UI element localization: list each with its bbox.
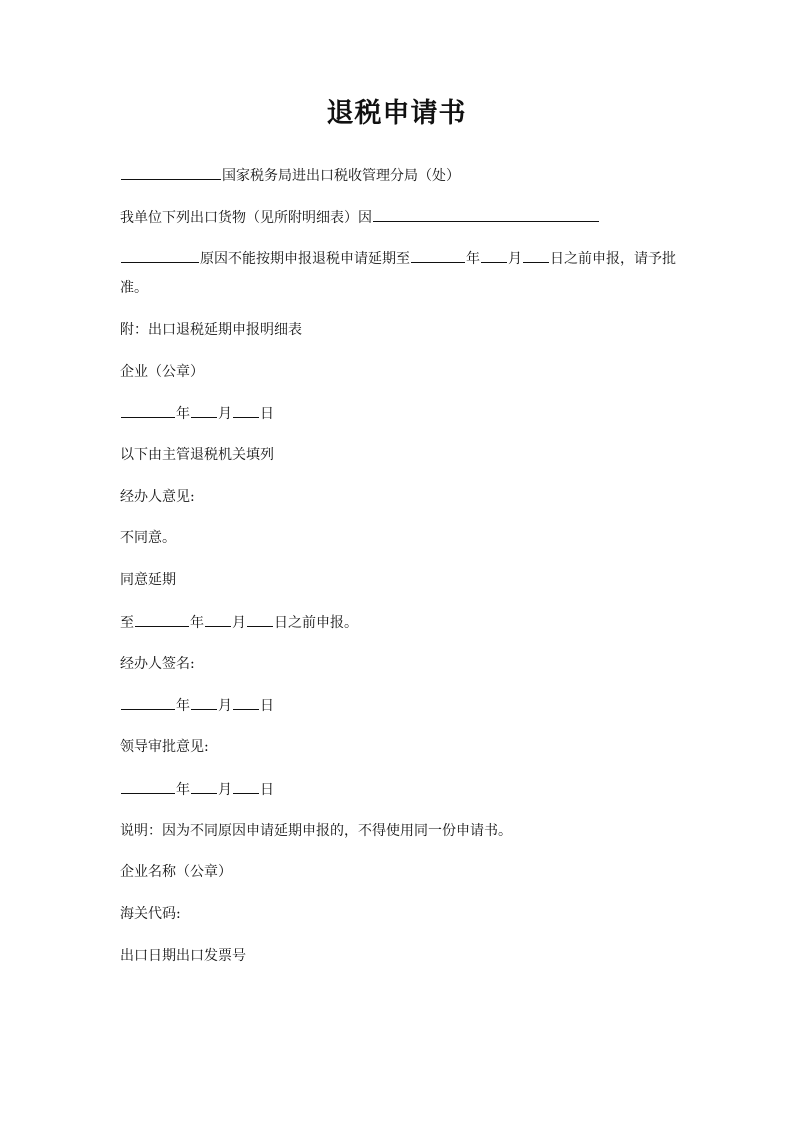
extension-deadline-line: 至年月日之前申报。: [120, 612, 358, 633]
note-text: 说明：因为不同原因申请延期申报的，不得使用同一份申请书。: [120, 821, 512, 841]
handler-day-blank[interactable]: [233, 695, 259, 710]
handler-month-blank[interactable]: [191, 695, 217, 710]
extension-year-blank[interactable]: [411, 248, 465, 263]
day-label: 日: [260, 782, 274, 798]
document-page: 退税申请书 国家税务局进出口税收管理分局（处） 我单位下列出口货物（见所附明细表…: [0, 0, 793, 1122]
handler-opinion-label: 经办人意见:: [120, 487, 195, 507]
deadline-day-blank[interactable]: [247, 612, 273, 627]
addressee-text: 国家税务局进出口税收管理分局（处）: [222, 168, 460, 184]
handler-year-blank[interactable]: [121, 695, 175, 710]
extension-request-paragraph: 原因不能按期申报退税申请延期至年月日之前申报，请予批准。: [120, 245, 680, 303]
agree-extension-option: 同意延期: [120, 570, 176, 590]
extension-month-blank[interactable]: [481, 248, 507, 263]
handler-date-line: 年月日: [120, 695, 274, 716]
to-label: 至: [120, 615, 134, 631]
month-label: 月: [218, 782, 232, 798]
addressee-line: 国家税务局进出口税收管理分局（处）: [120, 165, 460, 186]
month-label: 月: [218, 698, 232, 714]
deadline-month-blank[interactable]: [205, 612, 231, 627]
day-label: 日: [260, 406, 274, 422]
company-seal-label: 企业（公章）: [120, 362, 204, 382]
day-label: 日: [260, 698, 274, 714]
month-label: 月: [218, 406, 232, 422]
authority-section-heading: 以下由主管退税机关填列: [120, 445, 274, 465]
handler-signature-label: 经办人签名:: [120, 654, 195, 674]
month-label: 月: [232, 615, 246, 631]
export-date-invoice-label: 出口日期出口发票号: [120, 946, 246, 966]
leader-day-blank[interactable]: [233, 779, 259, 794]
year-label: 年: [190, 615, 204, 631]
company-date-line: 年月日: [120, 403, 274, 424]
reason-line: 我单位下列出口货物（见所附明细表）因: [120, 207, 600, 228]
extension-request-text: 原因不能按期申报退税申请延期至: [200, 251, 410, 267]
year-label: 年: [176, 406, 190, 422]
disagree-option: 不同意。: [120, 528, 176, 548]
reason-continued-blank[interactable]: [121, 248, 199, 263]
month-label: 月: [508, 251, 522, 267]
reason-intro-text: 我单位下列出口货物（见所附明细表）因: [120, 210, 372, 226]
extension-day-blank[interactable]: [523, 248, 549, 263]
leader-approval-label: 领导审批意见:: [120, 737, 209, 757]
leader-year-blank[interactable]: [121, 779, 175, 794]
company-name-seal-label: 企业名称（公章）: [120, 862, 232, 882]
company-month-blank[interactable]: [191, 403, 217, 418]
leader-date-line: 年月日: [120, 779, 274, 800]
company-year-blank[interactable]: [121, 403, 175, 418]
year-label: 年: [176, 698, 190, 714]
attachment-line: 附：出口退税延期申报明细表: [120, 320, 302, 340]
deadline-year-blank[interactable]: [135, 612, 189, 627]
year-label: 年: [176, 782, 190, 798]
year-label: 年: [466, 251, 480, 267]
leader-month-blank[interactable]: [191, 779, 217, 794]
customs-code-label: 海关代码:: [120, 904, 181, 924]
company-day-blank[interactable]: [233, 403, 259, 418]
reason-blank[interactable]: [373, 207, 599, 222]
document-title: 退税申请书: [0, 96, 793, 132]
deadline-tail-text: 日之前申报。: [274, 615, 358, 631]
bureau-name-blank[interactable]: [121, 165, 221, 180]
